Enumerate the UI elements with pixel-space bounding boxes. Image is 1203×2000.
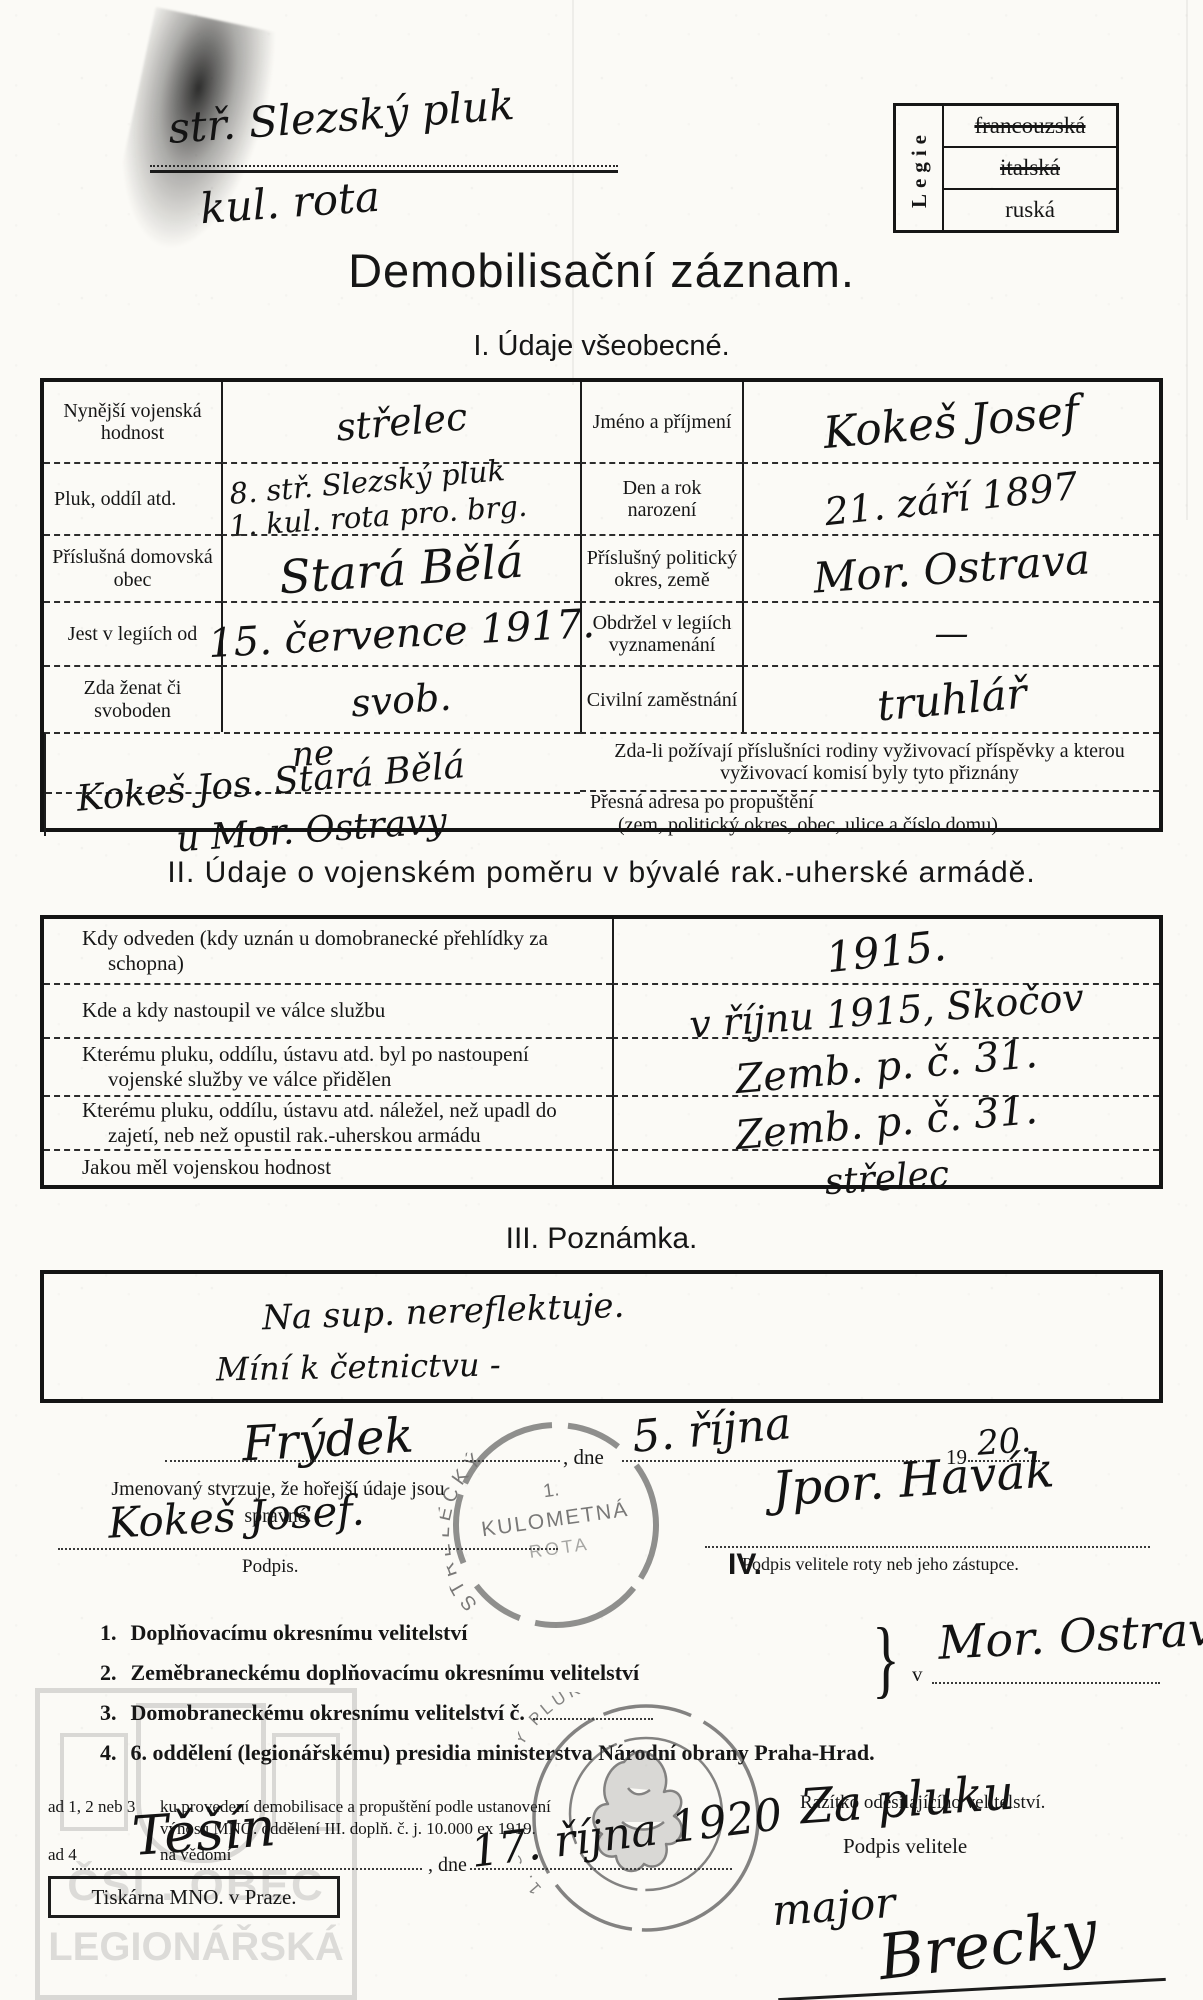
legie-vertical-label: Legie <box>896 106 944 230</box>
commander-signature: Jpor. Havák <box>770 1442 1056 1518</box>
field-label: Zda-li požívají příslušníci rodiny vyživ… <box>580 732 1159 790</box>
watermark-text-line1: ČSL. OBEC <box>40 1861 352 1911</box>
watermark-shield <box>136 1703 266 1863</box>
signature-caption: Podpis. <box>242 1556 299 1578</box>
commander-of-regiment-caption: Podpis velitele <box>843 1834 967 1859</box>
field-label: Kdy odveden (kdy uznán u domobranecké př… <box>44 919 612 983</box>
commander-signature-caption: Podpis velitele roty neb jeho zástupce. <box>742 1554 1019 1575</box>
field-value: svob. <box>221 665 580 732</box>
remark-line2: Míní k četnictvu - <box>216 1346 501 1389</box>
svg-text:KULOMETNÁ: KULOMETNÁ <box>480 1498 630 1541</box>
destination-line <box>932 1682 1160 1684</box>
field-value: v říjnu 1915, Skočov <box>612 983 1159 1037</box>
field-value: 1915. <box>612 919 1159 983</box>
legie-option-russian: ruská <box>944 190 1116 230</box>
field-label: Jméno a příjmení <box>580 382 742 462</box>
field-value: Mor. Ostrava <box>742 534 1159 601</box>
field-label: Den a rok narození <box>580 462 742 534</box>
field-value: Kokeš Josef <box>742 382 1159 462</box>
section3-heading: III. Poznámka. <box>0 1222 1203 1256</box>
field-label: Příslušná domovská obec <box>44 534 221 601</box>
field-value: truhlář <box>742 665 1159 732</box>
list-item: 2.Zeměbraneckému doplňovacímu okresnímu … <box>100 1660 639 1686</box>
field-label: Jest v legiích od <box>44 601 221 665</box>
unit-note-rule <box>150 170 618 173</box>
section2-heading: II. Údaje o vojenském poměru v bývalé ra… <box>0 856 1203 890</box>
section1-heading: I. Údaje všeobecné. <box>0 330 1203 363</box>
field-label: Příslušný politický okres, země <box>580 534 742 601</box>
watermark-text-line2: LEGIONÁŘSKÁ <box>40 1925 352 1970</box>
field-label: Kde a kdy nastoupil ve válce službu <box>44 983 612 1037</box>
signature-line <box>705 1546 1150 1548</box>
field-label: Obdržel v legiích vyznamenání <box>580 601 742 665</box>
field-label: Pluk, oddíl atd. <box>44 462 221 534</box>
watermark-ornament <box>272 1733 340 1831</box>
regiment-commander-signature: Brecky <box>874 1895 1100 1994</box>
legion-watermark: ČSL. OBEC LEGIONÁŘSKÁ <box>35 1688 357 2000</box>
commander-hw-note: Za pluku <box>798 1765 1016 1836</box>
remark-line1: Na sup. nereflektuje. <box>261 1286 625 1339</box>
remark-box: Na sup. nereflektuje. Míní k četnictvu - <box>40 1270 1163 1403</box>
field-value-area: ne Kokeš Jos. Stará Bělá u Mor. Ostravy <box>44 732 580 836</box>
field-value: Stará Bělá <box>221 534 580 601</box>
dispatch-date-line <box>470 1868 732 1870</box>
field-value: střelec <box>221 382 580 462</box>
legie-option-french: francouzská <box>944 106 1116 148</box>
field-value: Zemb. p. č. 31. <box>612 1095 1159 1149</box>
field-value: 8. stř. Slezský pluk 1. kul. rota pro. b… <box>221 462 580 534</box>
release-address-line2: u Mor. Ostravy <box>175 801 448 861</box>
field-value: 21. září 1897 <box>742 462 1159 534</box>
field-label: Zda ženat či svoboden <box>44 665 221 732</box>
certify-place: Frýdek <box>241 1408 415 1473</box>
field-label: Přesná adresa po propuštění (zem, politi… <box>580 790 1159 836</box>
dne-label: , dne <box>428 1854 467 1877</box>
v-label: v <box>912 1662 923 1687</box>
field-value: střelec <box>612 1149 1159 1185</box>
list-brace: } <box>872 1608 900 1709</box>
field-value: — <box>742 601 1159 665</box>
legie-option-italian: italská <box>944 148 1116 190</box>
document-title: Demobilisační záznam. <box>0 243 1203 298</box>
scanned-document-page: stř. Slezský pluk kul. rota Legie franco… <box>0 0 1203 2000</box>
field-label: Kterému pluku, oddílu, ústavu atd. nálež… <box>44 1095 612 1149</box>
field-value: Zemb. p. č. 31. <box>612 1037 1159 1095</box>
unit-note-dotted-rule <box>150 165 618 167</box>
list-item: 1.Doplňovacímu okresnímu velitelství <box>100 1620 467 1646</box>
destination-value: Mor. Ostravě <box>937 1600 1203 1670</box>
svg-text:1.: 1. <box>542 1479 561 1502</box>
field-label: Nynější vojenská hodnost <box>44 382 221 462</box>
field-label: Jakou měl vojenskou hodnost <box>44 1149 612 1185</box>
field-label: Civilní zaměstnání <box>580 665 742 732</box>
svg-text:ROTA: ROTA <box>528 1534 591 1562</box>
field-value: 15. července 1917. <box>221 601 580 665</box>
field-label: Kterému pluku, oddílu, ústavu atd. byl p… <box>44 1037 612 1095</box>
watermark-ornament <box>60 1733 128 1831</box>
fold-line <box>572 0 574 385</box>
general-data-table: Nynější vojenská hodnost střelec Jméno a… <box>40 378 1163 832</box>
austrian-army-table: Kdy odveden (kdy uznán u domobranecké př… <box>40 915 1163 1189</box>
company-round-stamp: STŘELECKÝ 1. KULOMETNÁ ROTA <box>427 1391 686 1658</box>
legie-box: Legie francouzská italská ruská <box>893 103 1119 233</box>
